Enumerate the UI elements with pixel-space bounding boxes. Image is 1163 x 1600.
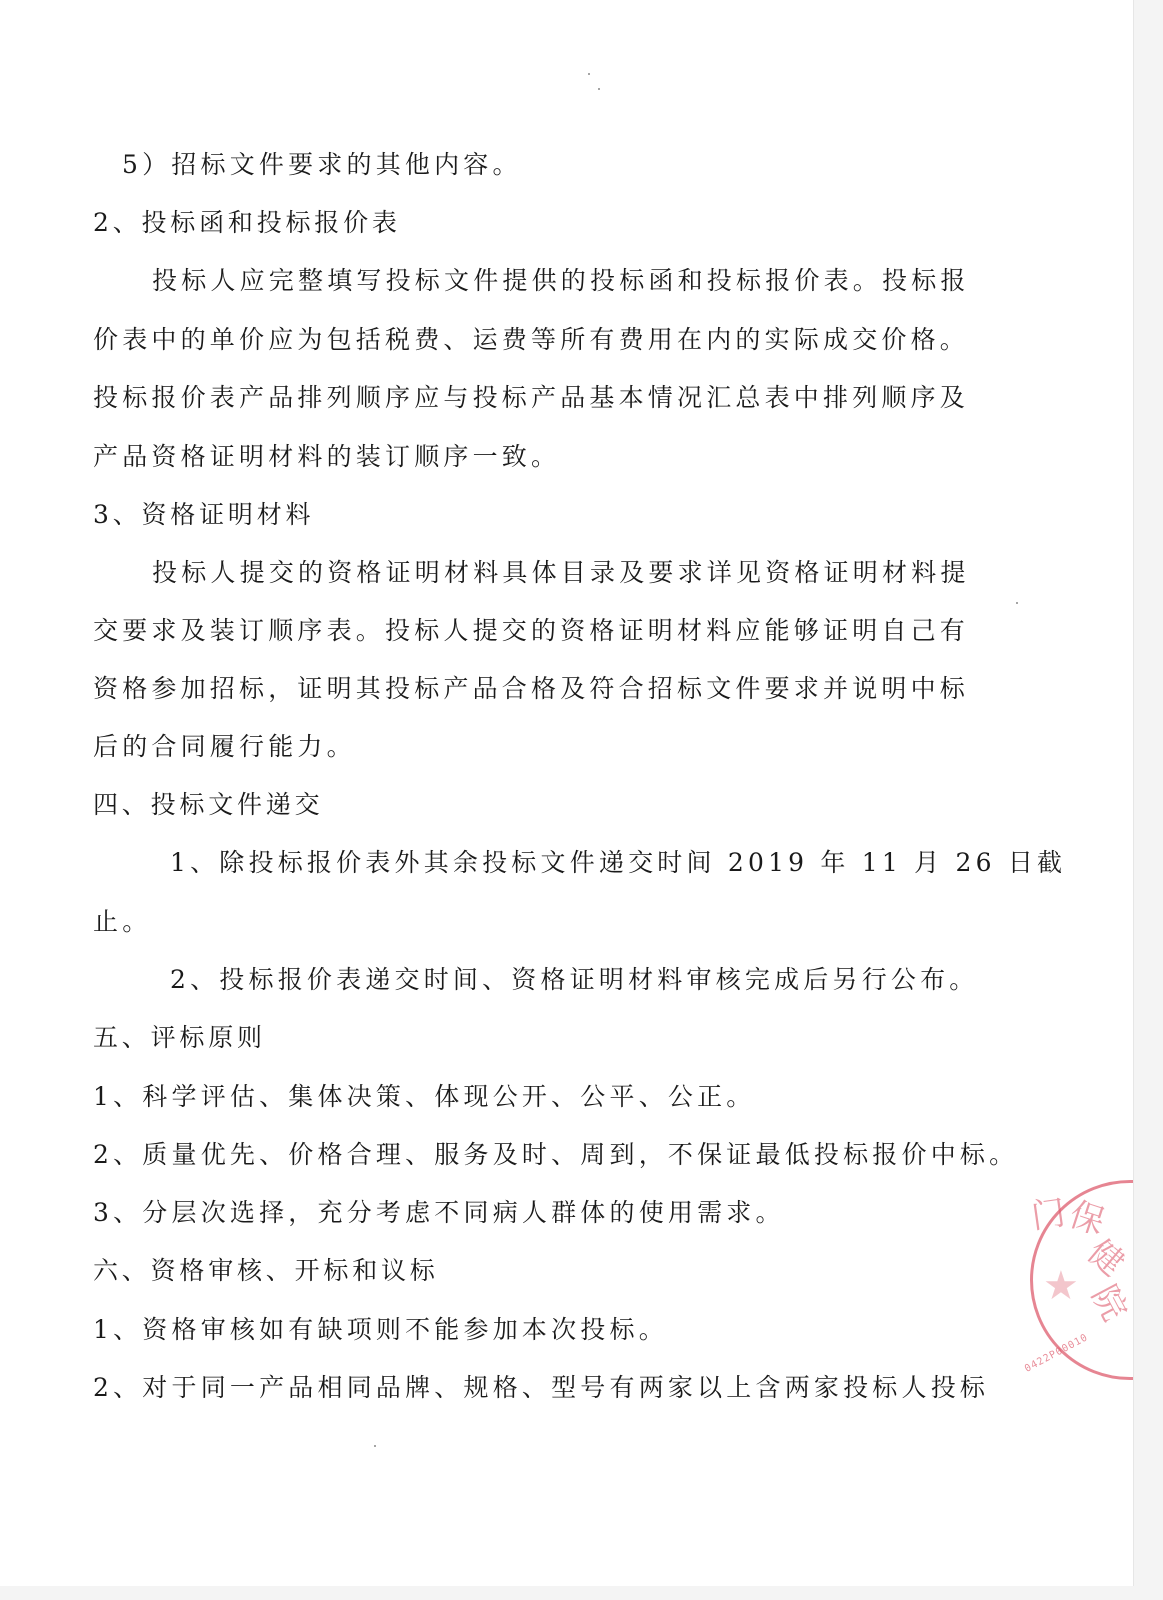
paragraph-line: 产品资格证明材料的装订顺序一致。 <box>93 442 560 472</box>
paragraph-line: 投标报价表产品排列顺序应与投标产品基本情况汇总表中排列顺序及 <box>93 383 969 413</box>
stamp-char: 院 <box>1082 1275 1134 1328</box>
paragraph-line: 价表中的单价应为包括税费、运费等所有费用在内的实际成交价格。 <box>93 325 969 355</box>
section-heading: 六、资格审核、开标和议标 <box>93 1256 439 1286</box>
section-heading: 五、评标原则 <box>93 1023 266 1053</box>
scan-speck <box>588 73 590 75</box>
section-heading: 四、投标文件递交 <box>93 790 323 820</box>
list-item: 2、对于同一产品相同品牌、规格、型号有两家以上含两家投标人投标 <box>93 1373 989 1403</box>
paragraph-line: 投标人应完整填写投标文件提供的投标函和投标报价表。投标报 <box>152 266 970 296</box>
stamp-star-icon: ★ <box>1043 1263 1079 1309</box>
paragraph-line: 2、投标报价表递交时间、资格证明材料审核完成后另行公布。 <box>170 965 979 995</box>
subsection-heading: 3、资格证明材料 <box>93 500 314 530</box>
paragraph-line: 投标人提交的资格证明材料具体目录及要求详见资格证明材料提 <box>152 558 970 588</box>
official-seal-stamp: 门 保 健 院 ★ 0422P00010 <box>1030 1180 1134 1380</box>
paragraph-line: 后的合同履行能力。 <box>93 732 356 762</box>
scan-speck <box>1016 602 1018 604</box>
paragraph-line: 1、除投标报价表外其余投标文件递交时间 2019 年 11 月 26 日截 <box>170 848 1066 878</box>
subsection-heading: 2、投标函和投标报价表 <box>93 208 401 238</box>
stamp-char: 门 <box>1028 1185 1068 1238</box>
paragraph-line: 交要求及装订顺序表。投标人提交的资格证明材料应能够证明自己有 <box>93 616 969 646</box>
list-item: 5）招标文件要求的其他内容。 <box>122 150 522 180</box>
scan-speck <box>598 88 600 90</box>
stamp-serial: 0422P00010 <box>1023 1332 1090 1375</box>
list-item: 2、质量优先、价格合理、服务及时、周到，不保证最低投标报价中标。 <box>93 1140 1018 1170</box>
scan-speck <box>374 1445 376 1447</box>
scanned-page: 5）招标文件要求的其他内容。2、投标函和投标报价表投标人应完整填写投标文件提供的… <box>0 0 1134 1586</box>
list-item: 1、科学评估、集体决策、体现公开、公平、公正。 <box>93 1082 756 1112</box>
paragraph-line: 资格参加招标，证明其投标产品合格及符合招标文件要求并说明中标 <box>93 674 969 704</box>
list-item: 3、分层次选择，充分考虑不同病人群体的使用需求。 <box>93 1198 785 1228</box>
list-item: 1、资格审核如有缺项则不能参加本次投标。 <box>93 1315 668 1345</box>
paragraph-line: 止。 <box>93 907 151 937</box>
